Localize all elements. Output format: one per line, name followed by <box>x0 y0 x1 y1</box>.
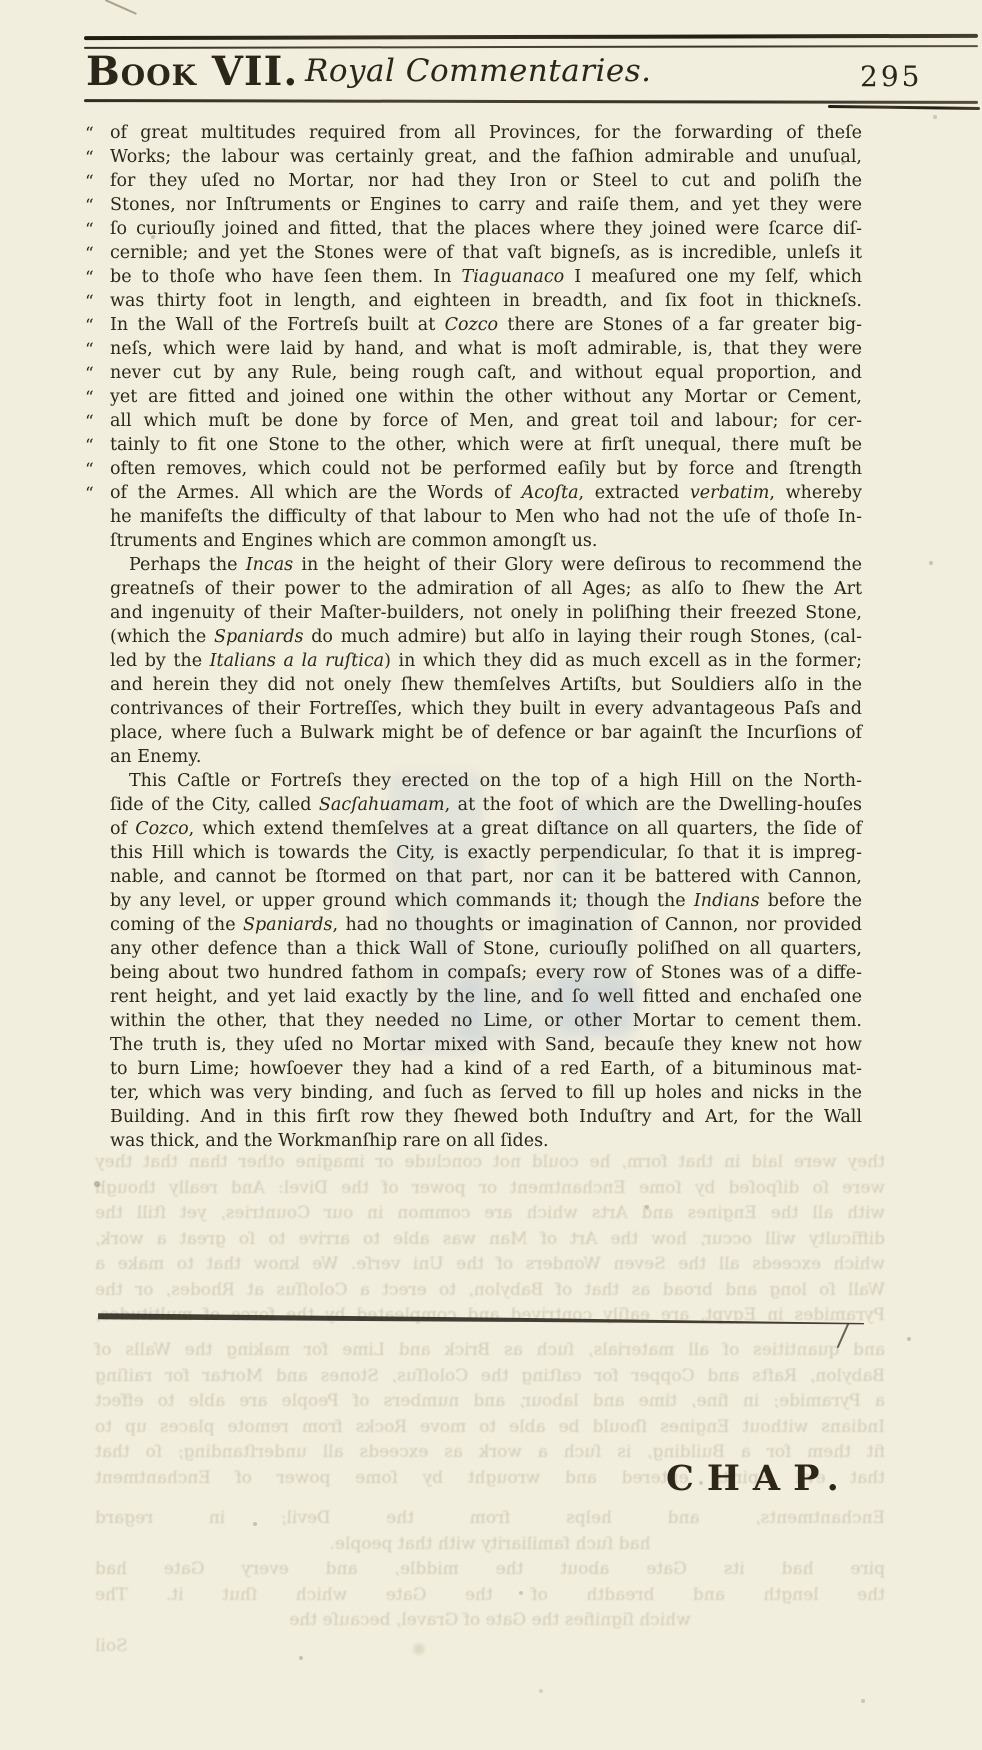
text-line: “for they uſed no Mortar, nor had they I… <box>110 169 862 193</box>
text-segment: of the Armes. All which are the Words of <box>110 483 522 503</box>
italic-text: Spaniards <box>243 915 332 935</box>
text-segment: cernible; and yet the Stones were of tha… <box>110 243 862 263</box>
text-line: “never cut by any Rule, being rough caſt… <box>110 361 862 385</box>
text-segment: there are Stones of a far greater big- <box>498 315 862 335</box>
bleedthrough-line: Wall ſo long and broad as that of Babylo… <box>95 1278 885 1304</box>
text-segment: led by the <box>110 651 210 671</box>
text-segment: place, where ſuch a Bulwark might be of … <box>110 723 862 743</box>
bleedthrough-line: had ſuch familiarity with that people. <box>95 1532 885 1558</box>
text-line: and herein they did not onely ſhew themſ… <box>110 673 862 697</box>
text-line: an Enemy. <box>110 745 862 769</box>
text-line: contrivances of their Fortreſſes, which … <box>110 697 862 721</box>
quote-mark: “ <box>85 266 93 290</box>
italic-text: Cozco <box>445 315 498 335</box>
text-segment: to burn Lime; howſoever they had a kind … <box>110 1059 862 1079</box>
italic-text: Incas <box>246 555 293 575</box>
text-line: “of the Armes. All which are the Words o… <box>110 481 862 505</box>
page-number-underline <box>828 105 980 110</box>
bleedthrough-line: they were laid in that form, he could no… <box>95 1150 885 1176</box>
text-line: “ſo curiouſly joined and fitted, that th… <box>110 217 862 241</box>
text-line: Perhaps the Incas in the height of their… <box>110 553 862 577</box>
page-number: 295 <box>860 60 922 93</box>
text-segment: yet are fitted and joined one within the… <box>110 387 862 407</box>
bleedthrough-text-top: they were laid in that form, he could no… <box>95 1150 885 1329</box>
quote-mark: “ <box>85 242 93 266</box>
text-line: of Cozco, which extend themſelves at a g… <box>110 817 862 841</box>
text-segment: I meaſured one my ſelf, which <box>564 267 862 287</box>
text-segment: ſide of the City, called <box>110 795 319 815</box>
quote-mark: “ <box>85 218 93 242</box>
bleedthrough-line: pire had its Gate about the middle, and … <box>95 1557 885 1583</box>
text-line: “Stones, nor Inſtruments or Engines to c… <box>110 193 862 217</box>
text-line: to burn Lime; howſoever they had a kind … <box>110 1057 862 1081</box>
text-line: “of great multitudes required from all P… <box>110 121 862 145</box>
text-segment: tainly to fit one Stone to the other, wh… <box>110 435 862 455</box>
text-segment: Perhaps the <box>110 555 246 575</box>
text-line: “neſs, which were laid by hand, and what… <box>110 337 862 361</box>
quote-mark: “ <box>85 458 93 482</box>
text-segment: for they uſed no Mortar, nor had they Ir… <box>110 171 862 191</box>
text-segment: coming of the <box>110 915 243 935</box>
book-word: Book <box>86 48 197 95</box>
text-line: “all which muſt be done by force of Men,… <box>110 409 862 433</box>
text-segment: rent height, and yet laid exactly by the… <box>110 987 862 1007</box>
text-line: was thick, and the Workmanſhip rare on a… <box>110 1129 862 1153</box>
bleedthrough-line: Soil <box>95 1634 885 1660</box>
quote-mark: “ <box>85 338 93 362</box>
text-segment: and herein they did not onely ſhew themſ… <box>110 675 862 695</box>
quote-mark: “ <box>85 362 93 386</box>
text-segment: be to thoſe who have ſeen them. In <box>110 267 462 287</box>
text-segment: In the Wall of the Fortreſs built at <box>110 315 445 335</box>
quote-mark: “ <box>85 386 93 410</box>
italic-text: Sacſahuamam <box>319 795 445 815</box>
text-segment: This Caſtle or Fortreſs they erected on … <box>110 771 862 791</box>
text-segment: The truth is, they uſed no Mortar mixed … <box>110 1035 862 1055</box>
text-segment: ) in which they did as much excell as in… <box>384 651 862 671</box>
text-segment: never cut by any Rule, being rough caſt,… <box>110 363 862 383</box>
text-segment: by any level, or upper ground which comm… <box>110 891 694 911</box>
text-segment: , extracted <box>579 483 690 503</box>
text-segment: , had no thoughts or imagination of Cann… <box>332 915 862 935</box>
paper-scratch <box>105 0 137 14</box>
text-line: “In the Wall of the Fortreſs built at Co… <box>110 313 862 337</box>
italic-text: Cozco <box>135 819 188 839</box>
text-line: this Hill which is towards the City, is … <box>110 841 862 865</box>
text-segment: being about two hundred fathom in compaſ… <box>110 963 862 983</box>
text-segment: and ingenuity of their Maſter-builders, … <box>110 603 862 623</box>
bleedthrough-line: which exceeds all the Seven Wonders of t… <box>95 1252 885 1278</box>
bleedthrough-line: Babylon, Rafts and Copper for caſting th… <box>95 1364 885 1390</box>
text-segment: within the other, that they needed no Li… <box>110 1011 862 1031</box>
text-segment: before the <box>760 891 862 911</box>
text-line: any other defence than a thick Wall of S… <box>110 937 862 961</box>
quote-mark: “ <box>85 482 93 506</box>
text-segment: , at the foot of which are the Dwelling-… <box>445 795 862 815</box>
body-text: “of great multitudes required from all P… <box>110 121 862 1153</box>
text-line: “tainly to fit one Stone to the other, w… <box>110 433 862 457</box>
bleedthrough-line: a Pyramide; in fine, time and labour, an… <box>95 1389 885 1415</box>
text-line: greatneſs of their power to the admirati… <box>110 577 862 601</box>
text-line: rent height, and yet laid exactly by the… <box>110 985 862 1009</box>
quote-mark: “ <box>85 122 93 146</box>
text-line: “Works; the labour was certainly great, … <box>110 145 862 169</box>
text-segment: do much admire) but alſo in laying their… <box>303 627 862 647</box>
quote-mark: “ <box>85 290 93 314</box>
bleedthrough-line: and quantities of all materials, ſuch as… <box>95 1338 885 1364</box>
text-segment: in the height of their Glory were deſiro… <box>293 555 862 575</box>
paper-specks <box>0 0 2 2</box>
text-line: ter, which was very binding, and ſuch as… <box>110 1081 862 1105</box>
italic-text: Acoſta <box>522 483 579 503</box>
quote-mark: “ <box>85 314 93 338</box>
text-segment: (which the <box>110 627 214 647</box>
quote-mark: “ <box>85 170 93 194</box>
text-line: led by the Italians a la ruſtica) in whi… <box>110 649 862 673</box>
text-line: The truth is, they uſed no Mortar mixed … <box>110 1033 862 1057</box>
text-segment: of great multitudes required from all Pr… <box>110 123 862 143</box>
text-line: “be to thoſe who have ſeen them. In Tiag… <box>110 265 862 289</box>
text-segment: this Hill which is towards the City, is … <box>110 843 862 863</box>
quote-mark: “ <box>85 410 93 434</box>
header-rule-bottom <box>84 99 978 103</box>
text-line: ſtruments and Engines which are common a… <box>110 529 862 553</box>
text-line: “was thirty foot in length, and eighteen… <box>110 289 862 313</box>
text-line: (which the Spaniards do much admire) but… <box>110 625 862 649</box>
text-segment: an Enemy. <box>110 747 201 767</box>
quote-mark: “ <box>85 146 93 170</box>
text-segment: nable, and cannot be ſtormed on that par… <box>110 867 862 887</box>
text-line: being about two hundred fathom in compaſ… <box>110 961 862 985</box>
text-segment: Works; the labour was certainly great, a… <box>110 147 862 167</box>
italic-text: Tiaguanaco <box>462 267 565 287</box>
text-segment: was thirty foot in length, and eighteen … <box>110 291 862 311</box>
text-segment: of <box>110 819 135 839</box>
text-segment: all which muſt be done by force of Men, … <box>110 411 862 431</box>
bleedthrough-line: Indians without Engines ſhould be able t… <box>95 1415 885 1441</box>
text-line: and ingenuity of their Maſter-builders, … <box>110 601 862 625</box>
book-title: Book VII. <box>86 48 298 95</box>
text-line: ſide of the City, called Sacſahuamam, at… <box>110 793 862 817</box>
text-line: Building. And in this firſt row they ſhe… <box>110 1105 862 1129</box>
book-numeral: VII. <box>212 48 298 95</box>
text-segment: Building. And in this firſt row they ſhe… <box>110 1107 862 1127</box>
text-segment: ſtruments and Engines which are common a… <box>110 531 597 551</box>
italic-text: verbatim <box>690 483 769 503</box>
text-segment: Stones, nor Inſtruments or Engines to ca… <box>110 195 862 215</box>
text-segment: greatneſs of their power to the admirati… <box>110 579 862 599</box>
text-line: by any level, or upper ground which comm… <box>110 889 862 913</box>
text-segment: ſo curiouſly joined and fitted, that the… <box>110 219 862 239</box>
text-segment: , which extend themſelves at a great diſ… <box>189 819 862 839</box>
bleedthrough-line: which ſignifies the Gate of Gravel, beca… <box>95 1608 885 1634</box>
bleedthrough-line: the length and breadth of the Gate which… <box>95 1583 885 1609</box>
italic-text: Italians a la ruſtica <box>210 651 384 671</box>
quote-mark: “ <box>85 434 93 458</box>
header-rule-top-outer <box>84 34 978 40</box>
quote-mark: “ <box>85 194 93 218</box>
text-line: within the other, that they needed no Li… <box>110 1009 862 1033</box>
text-segment: contrivances of their Fortreſſes, which … <box>110 699 862 719</box>
italic-text: Spaniards <box>214 627 303 647</box>
text-line: he manifeſts the difficulty of that labo… <box>110 505 862 529</box>
text-line: “cernible; and yet the Stones were of th… <box>110 241 862 265</box>
bleedthrough-line: were ſo diſpoſed by ſome Enchantment or … <box>95 1176 885 1202</box>
book-page: Book VII. Royal Commentaries. 295 “of gr… <box>0 0 982 1750</box>
text-segment: often removes, which could not be perfor… <box>110 459 862 479</box>
text-segment: any other defence than a thick Wall of S… <box>110 939 862 959</box>
running-title: Royal Commentaries. <box>305 53 652 89</box>
italic-text: Indians <box>694 891 760 911</box>
text-line: place, where ſuch a Bulwark might be of … <box>110 721 862 745</box>
text-segment: was thick, and the Workmanſhip rare on a… <box>110 1131 549 1151</box>
bleedthrough-line: difficulty will occur, how the Art of Ma… <box>95 1227 885 1253</box>
text-segment: , whereby <box>769 483 862 503</box>
bleedthrough-line: Enchantments, and helps from the Devil; … <box>95 1506 885 1532</box>
text-line: coming of the Spaniards, had no thoughts… <box>110 913 862 937</box>
text-line: “often removes, which could not be perfo… <box>110 457 862 481</box>
bleedthrough-line: with all the Engines and Arts which are … <box>95 1201 885 1227</box>
bleedthrough-text-bottom: Enchantments, and helps from the Devil; … <box>95 1506 885 1659</box>
text-line: This Caſtle or Fortreſs they erected on … <box>110 769 862 793</box>
chapter-heading: CHAP. <box>666 1458 852 1499</box>
text-segment: neſs, which were laid by hand, and what … <box>110 339 862 359</box>
text-line: nable, and cannot be ſtormed on that par… <box>110 865 862 889</box>
text-segment: ter, which was very binding, and ſuch as… <box>110 1083 862 1103</box>
text-line: “yet are fitted and joined one within th… <box>110 385 862 409</box>
text-segment: he manifeſts the difficulty of that labo… <box>110 507 862 527</box>
